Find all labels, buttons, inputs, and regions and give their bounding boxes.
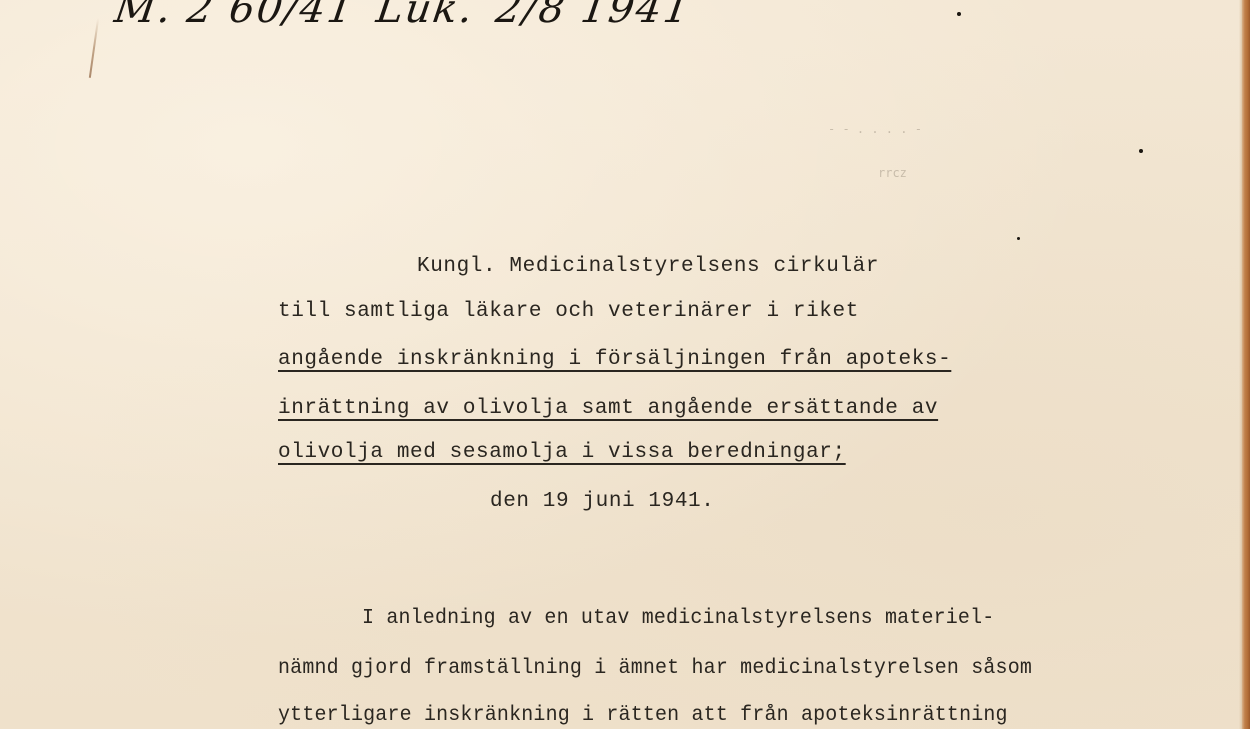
desk-edge <box>1242 0 1250 729</box>
handwritten-signature: Luk. <box>374 0 478 32</box>
date-line: den 19 juni 1941. <box>490 490 714 513</box>
bleed-through-mark: - - . . . . - <box>828 122 922 136</box>
body-line-3: ytterligare inskränkning i rätten att fr… <box>278 704 1008 727</box>
subject-line-1: angående inskränkning i försäljningen fr… <box>278 348 951 371</box>
handwritten-date: 2/8 1941 <box>493 0 694 32</box>
body-line-2: nämnd gjord framställning i ämnet har me… <box>278 657 1032 680</box>
handwritten-reference: M. 2 60/41 <box>112 0 358 32</box>
subject-line-2: inrättning av olivolja samt angående ers… <box>278 397 938 420</box>
body-line-1: I anledning av en utav medicinalstyrelse… <box>362 607 994 630</box>
ink-speck <box>957 12 961 16</box>
ink-speck <box>1139 149 1143 153</box>
handwritten-annotation: M. 2 60/41Luk.2/8 1941 <box>112 0 716 32</box>
ink-speck <box>1017 237 1020 240</box>
bleed-through-mark: rrcz <box>878 166 907 180</box>
header-line-2: till samtliga läkare och veterinärer i r… <box>278 300 859 323</box>
header-line-1: Kungl. Medicinalstyrelsens cirkulär <box>417 255 879 278</box>
subject-line-3: olivolja med sesamolja i vissa beredning… <box>278 441 846 464</box>
